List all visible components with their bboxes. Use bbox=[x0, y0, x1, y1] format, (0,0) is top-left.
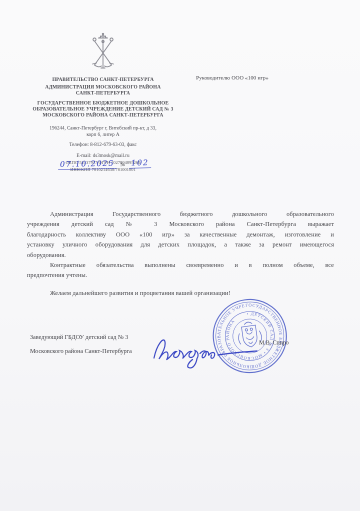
coat-of-arms-emblem bbox=[88, 32, 119, 73]
position-line-2: Московского района Санкт-Петербурга bbox=[30, 344, 132, 358]
paragraph-3-wish: Желаем дальнейшего развития и процветани… bbox=[27, 288, 334, 298]
letter-body: Администрация Государственного бюджетног… bbox=[27, 209, 334, 298]
org-line-institution: ГОСУДАРСТВЕННОЕ БЮДЖЕТНОЕ ДОШКОЛЬНОЕ ОБР… bbox=[30, 101, 177, 119]
address-line-2: корп 6, литер А bbox=[28, 131, 178, 138]
position-line-1: Заведующий ГБДОУ детский сад № 3 bbox=[30, 330, 132, 344]
org-line-government: ПРАВИТЕЛЬСТВО САНКТ-ПЕТЕРБУРГА bbox=[28, 77, 178, 83]
body-line: оборудования. bbox=[27, 250, 334, 260]
letterhead: ПРАВИТЕЛЬСТВО САНКТ-ПЕТЕРБУРГА АДМИНИСТР… bbox=[28, 32, 178, 173]
postal-address: 196244, Санкт-Петербург г, Витебский пр-… bbox=[28, 125, 178, 138]
handwritten-date: 07.10.2025 bbox=[58, 159, 117, 170]
scanned-letter-page: ПРАВИТЕЛЬСТВО САНКТ-ПЕТЕРБУРГА АДМИНИСТР… bbox=[0, 0, 360, 511]
number-sign: № bbox=[120, 162, 125, 169]
address-line-1: 196244, Санкт-Петербург г, Витебский пр-… bbox=[28, 125, 178, 132]
phone-line: Телефон: 8-812-679-63-03, факс bbox=[28, 142, 178, 148]
body-line: установку уличного оборудования для детс… bbox=[27, 240, 334, 250]
handwritten-number: 102 bbox=[129, 158, 151, 168]
body-line: благодарность коллективу ООО «100 игр» з… bbox=[27, 229, 334, 239]
recipient-line: Руководителю ООО «100 игр» bbox=[196, 75, 269, 81]
body-line: Контрактные обязательства выполнены свое… bbox=[27, 260, 334, 270]
email-line: E-mail: ds3mosk@mail.ru bbox=[28, 153, 178, 159]
letter-sheet: ПРАВИТЕЛЬСТВО САНКТ-ПЕТЕРБУРГА АДМИНИСТР… bbox=[0, 0, 360, 511]
signatory-position: Заведующий ГБДОУ детский сад № 3 Московс… bbox=[30, 330, 132, 358]
paragraph-2: Контрактные обязательства выполнены свое… bbox=[27, 260, 334, 280]
handwritten-signature bbox=[149, 330, 269, 373]
signatory-name: М.В. Спиро bbox=[259, 339, 289, 347]
body-line: предпочтения учтены. bbox=[27, 270, 334, 280]
org-line-administration: АДМИНИСТРАЦИЯ МОСКОВСКОГО РАЙОНА САНКТ-П… bbox=[40, 84, 166, 96]
reference-row: 07.10.2025 № 102 bbox=[58, 158, 151, 170]
paragraph-1: Администрация Государственного бюджетног… bbox=[27, 209, 334, 260]
body-line: Администрация Государственного бюджетног… bbox=[27, 209, 334, 219]
body-line: учреждения детский сад № 3 Московского р… bbox=[27, 219, 334, 229]
